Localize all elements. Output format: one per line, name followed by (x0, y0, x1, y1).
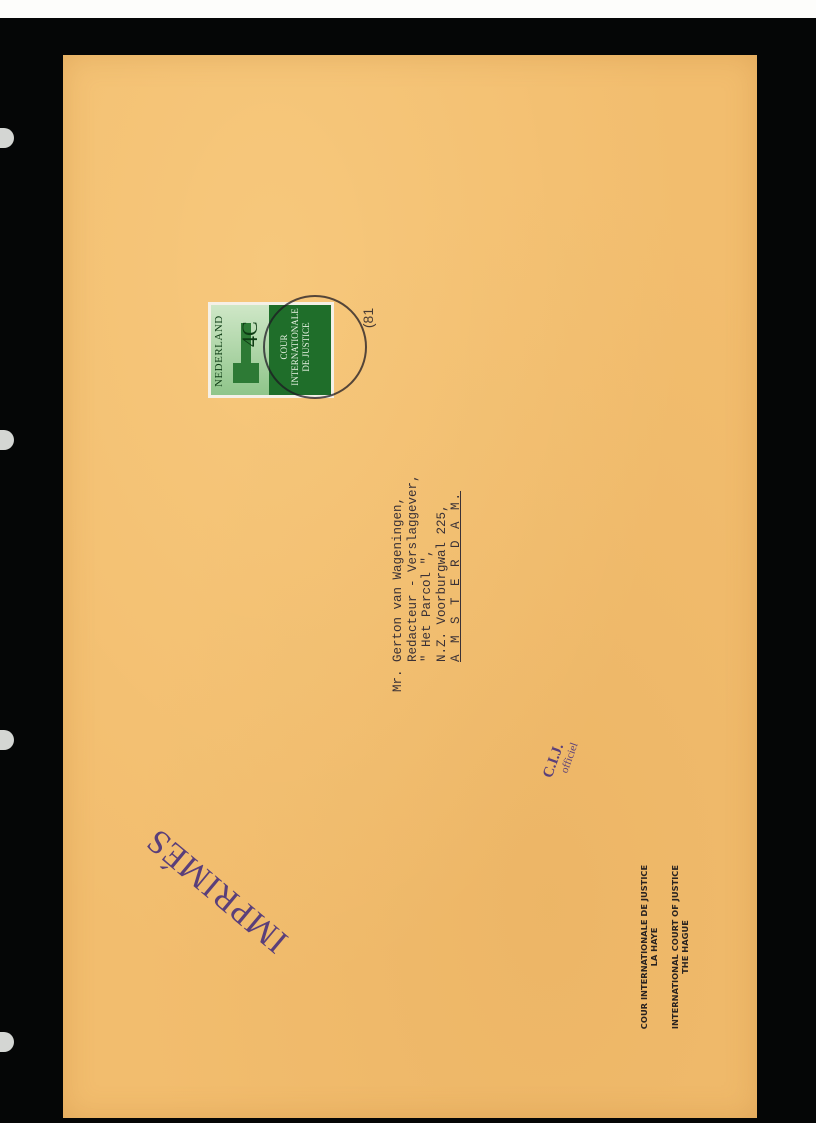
binder-hole (0, 128, 14, 148)
recipient-address: Mr. Gerton van Wageningen, Redacteur - V… (391, 474, 464, 692)
cij-official-handstamp: C.I.J. officiel (541, 736, 582, 785)
scan-top-margin (0, 0, 816, 18)
address-line: Redacteur - Verslaggever, (406, 474, 421, 692)
address-line: " Het Parcol ", (420, 474, 435, 692)
address-line: Mr. Gerton van Wageningen, (391, 474, 406, 692)
address-city: A M S T E R D A M. (449, 491, 463, 662)
stamp-country: NEDERLAND (213, 315, 225, 387)
binder-hole (0, 430, 14, 450)
postmark-date: (81 (360, 308, 376, 328)
envelope: NEDERLAND 4C COUR INTERNATIONALE DE JUST… (63, 55, 757, 1118)
imprimes-handstamp: IMPRIMÉS (139, 820, 295, 960)
postmark-circle (263, 295, 367, 399)
binder-hole (0, 730, 14, 750)
binder-hole (0, 1032, 14, 1052)
stamp-value: 4C (237, 321, 263, 347)
address-line: N.Z. Voorburgwal 225, (435, 474, 450, 692)
return-address: COUR INTERNATIONALE DE JUSTICE LA HAYE I… (640, 847, 690, 1047)
